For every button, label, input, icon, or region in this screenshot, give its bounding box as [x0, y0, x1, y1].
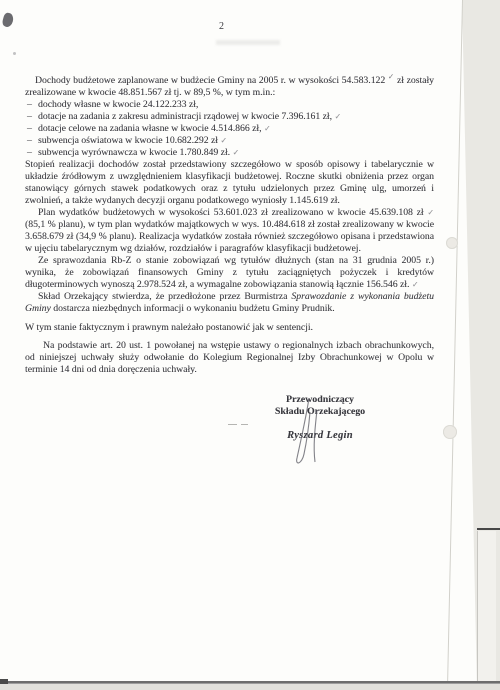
- paragraph-panel-statement: Skład Orzekający stwierdza, że przedłożo…: [25, 291, 434, 315]
- scan-edge-right-lower: [478, 531, 496, 690]
- list-dash: –: [27, 99, 32, 111]
- scan-faint-dashes: [228, 424, 252, 426]
- punch-hole-bottom: [443, 425, 457, 439]
- checkmark-annotation: ✓: [388, 72, 394, 81]
- list-item-text: subwencja wyrównawcza w kwocie 1.780.849…: [38, 147, 230, 158]
- scan-speck: [13, 52, 16, 55]
- checkmark-annotation: ✓: [264, 124, 271, 133]
- checkmark-annotation: ✓: [220, 136, 227, 145]
- scan-edge-bottom-line-light: [0, 683, 500, 684]
- paragraph-conclusion: W tym stanie faktycznym i prawnym należa…: [25, 322, 434, 334]
- list-item-targeted-grants: –dotacje celowe na zadania własne w kwoc…: [25, 123, 434, 135]
- checkmark-annotation: ✓: [334, 112, 341, 121]
- scan-smudge-top-left: [1, 12, 14, 28]
- scan-edge-right-line: [477, 528, 500, 530]
- paragraph-expenditures-text: Plan wydatków budżetowych w wysokości 53…: [38, 207, 424, 218]
- list-dash: –: [27, 123, 32, 135]
- scan-edge-bottom-band: [0, 684, 500, 690]
- scan-page-edge-shadow: [447, 0, 463, 690]
- list-item-text: subwencja oświatowa w kwocie 10.682.292 …: [38, 135, 218, 146]
- scanned-document-page: 2 Dochody budżetowe zaplanowane w budżec…: [0, 0, 500, 690]
- list-item-text: dotacje na zadania z zakresu administrac…: [38, 111, 332, 122]
- handwritten-signature: [292, 396, 332, 471]
- paragraph-expenditures: Plan wydatków budżetowych w wysokości 53…: [25, 207, 434, 255]
- paragraph-panel-statement-text: Skład Orzekający stwierdza, że przedłożo…: [38, 291, 287, 302]
- scan-edge-right-thinline: [477, 531, 478, 690]
- punch-hole-top: [446, 237, 458, 249]
- list-item-own-revenues: –dochody własne w kwocie 24.122.233 zł,: [25, 99, 434, 111]
- paragraph-expenditures-text2: (85,1 % planu), w tym plan wydatków mają…: [25, 219, 434, 254]
- paragraph-appeal-rights: Na podstawie art. 20 ust. 1 powołanej na…: [25, 340, 434, 376]
- checkmark-annotation: ✓: [233, 148, 240, 157]
- list-item-text: dotacje celowe na zadania własne w kwoci…: [38, 123, 262, 134]
- paragraph-liabilities-text: Ze sprawozdania Rb-Z o stanie zobowiązań…: [25, 255, 434, 290]
- scan-edge-bottom-dark-corner: [0, 679, 8, 684]
- list-item-government-grants: –dotacje na zadania z zakresu administra…: [25, 111, 434, 123]
- checkmark-annotation: ✓: [427, 208, 434, 217]
- paragraph-revenues-text: Dochody budżetowe zaplanowane w budżecie…: [35, 75, 385, 86]
- paragraph-revenues: Dochody budżetowe zaplanowane w budżecie…: [25, 71, 434, 99]
- paragraph-panel-statement-text2: dostarcza niezbędnych informacji o wykon…: [53, 303, 334, 314]
- scan-smudge-under-page-number: [216, 40, 280, 45]
- list-item-text: dochody własne w kwocie 24.122.233 zł,: [38, 99, 198, 110]
- checkmark-annotation: ✓: [412, 280, 419, 289]
- list-dash: –: [27, 111, 32, 123]
- list-item-equalization-subsidy: –subwencja wyrównawcza w kwocie 1.780.84…: [25, 147, 434, 159]
- paragraph-revenue-realization: Stopień realizacji dochodów został przed…: [25, 159, 434, 207]
- document-body: Dochody budżetowe zaplanowane w budżecie…: [25, 71, 434, 376]
- list-dash: –: [27, 147, 32, 159]
- list-dash: –: [27, 135, 32, 147]
- list-item-education-subsidy: –subwencja oświatowa w kwocie 10.682.292…: [25, 135, 434, 147]
- paragraph-liabilities: Ze sprawozdania Rb-Z o stanie zobowiązań…: [25, 255, 434, 291]
- page-number: 2: [219, 21, 224, 32]
